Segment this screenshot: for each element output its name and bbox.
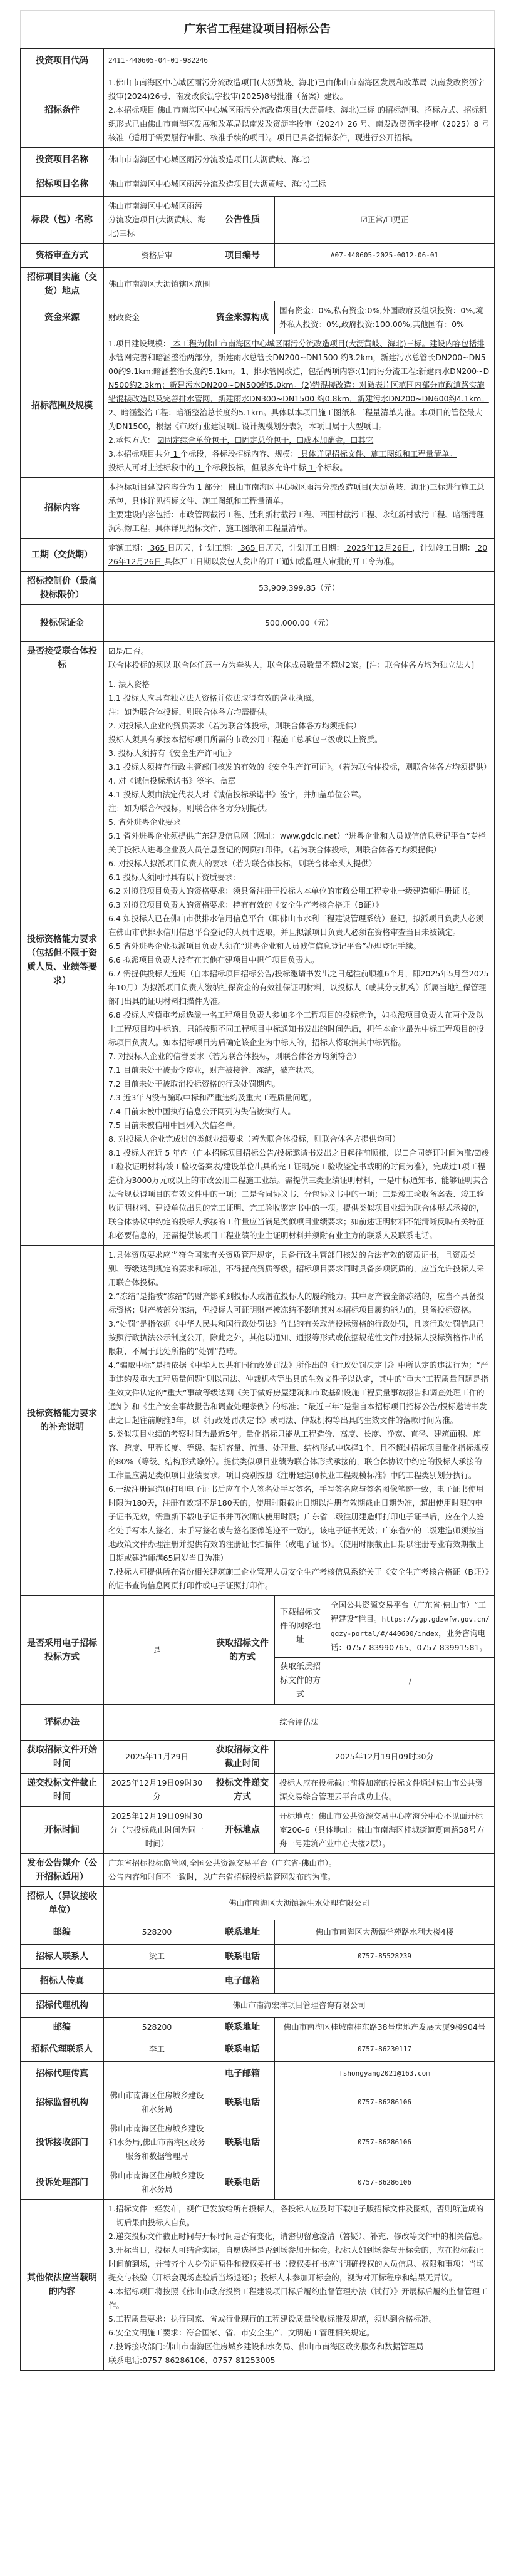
- qualification-item: 1. 法人资格: [108, 678, 490, 691]
- other-item: 5.工程质量要求：执行国家、省或行业现行的工程建设质量验收标准及规范，须达到合格…: [108, 2312, 490, 2326]
- start-date: 2025年12月26日: [344, 543, 412, 552]
- review-method-label: 资格审查方式: [21, 244, 104, 268]
- qualification-item: 注：如为联合体投标，则联合体各方均需提供。: [108, 705, 490, 719]
- period-d: ，计划竣工日期：: [412, 543, 475, 552]
- conditions-p2: 2.本招标项目 佛山市南海区中心城区雨污分流改造项目(大沥黄岐、海北)三标 的招…: [108, 103, 490, 145]
- scope-p4-b: 个标段投标，但最多允许中标: [204, 463, 306, 472]
- section-name-label: 标段（包）名称: [21, 197, 104, 244]
- electronic-value: 是: [104, 1596, 210, 1705]
- scope-p4-a: 投标人可对上述标段中的: [108, 463, 195, 472]
- max-price-value: 53,909,399.85（元）: [104, 572, 495, 605]
- invest-code-label: 投资项目代码: [21, 49, 104, 73]
- obtain-method-label: 获取招标文件的方式: [210, 1596, 275, 1705]
- qualification-note-item: 4.“骗取中标”是指依据《中华人民共和国行政处罚法》所作出的《行政处罚决定书》中…: [108, 1358, 490, 1427]
- qualification-item: 6.5 省外进粤企业拟派项目负责人须在“进粤企业和人员诚信信息登记平台”办理登记…: [108, 939, 490, 953]
- consortium-note: 联合体投标的须以 联合体任意一方为牵头人，联合体成员数量不超过2家。[注：联合体…: [108, 658, 490, 672]
- agency-fax-label: 招标代理传真: [21, 2062, 104, 2086]
- complaint-recv-label: 投诉接收部门: [21, 2119, 104, 2166]
- section-count: 1: [170, 449, 180, 458]
- complaint-recv-value: 佛山市南海区住房城乡建设和水务局,佛山市南海区政务服务和数据管理局: [104, 2119, 210, 2166]
- obtain-end-value: 2025年12月19日09时30分: [275, 1741, 495, 1774]
- other-item: 7.投诉接收部门:佛山市南海区住房城乡建设和水务局、佛山市南海区政务服务和数据管…: [108, 2340, 490, 2354]
- qualification-note-item: 1.具体资质要求应当符合国家有关资质管理规定，具备行政主管部门核发的合法有效的资…: [108, 1248, 490, 1290]
- bid-name-label: 招标项目名称: [21, 172, 104, 197]
- media-label: 发布公告媒介（公开招标适用）: [21, 1854, 104, 1887]
- period-e: 具体开工日期以发包人发出的开工通知或监理人审批的开工令为准。: [164, 557, 399, 566]
- tenderer-fax-value: [104, 1969, 210, 1994]
- supervisor-tel-label: 联系电话: [210, 2086, 275, 2119]
- qualification-notes-label: 投标资格能力要求的补充说明: [21, 1246, 104, 1596]
- tenderer-post-label: 邮编: [21, 1920, 104, 1945]
- deposit-label: 投标保证金: [21, 605, 104, 642]
- notice-nature-value: ☑正常/☐更正: [275, 197, 495, 244]
- section-name-value: 佛山市南海区中心城区雨污分流改造项目(大沥黄岐、海北)三标: [104, 197, 210, 244]
- other-item: 3.开标当日，投标人可结合实际，自愿选择是否到场参加开标会。投标人如到场参与开标…: [108, 2243, 490, 2285]
- bid-section-count: 1: [195, 463, 205, 472]
- funds-comp-value: 国有资金：0%,私有资金:0%,外国政府及组织投资：0%,境外私人投资：0%,政…: [275, 301, 495, 334]
- content-p1: 本招标项目建设内容分为 1 部分：佛山市南海区中心城区雨污分流改造项目(大沥黄岐…: [108, 480, 490, 508]
- qualification-note-item: 3.“处罚”是指依据《中华人民共和国行政处罚法》作出的有关取消投标资格的行政处罚…: [108, 1317, 490, 1358]
- project-code-value: A07-440605-2025-0012-06-01: [275, 244, 495, 268]
- qualification-item: 6. 对投标人拟派项目负责人的要求（若为联合体投标，则联合体牵头人提供）: [108, 857, 490, 871]
- scope-p3: 3.本招标项目共分 1 个标段，各标段招标内容、规模： 具体详见招标文件、施工图…: [108, 447, 490, 461]
- complaint-handle-tel-value: 0757-86286106: [275, 2166, 495, 2200]
- other-item: 1.招标文件一经发布，视作已发放给所有投标人，各投标人应及时下载电子版招标文件及…: [108, 2202, 490, 2230]
- page-title: 广东省工程建设项目招标公告: [21, 11, 495, 49]
- scope-p2-prefix: 2.承包方式：: [108, 435, 155, 445]
- period-value: 定额工期： 365 日历天，计划工期： 365 日历天，计划开工日期： 2025…: [104, 539, 495, 572]
- tenderer-contact-label: 招标人联系人: [21, 1945, 104, 1969]
- tenderer-tel-label: 联系电话: [210, 1945, 275, 1969]
- opening-time-value: 2025年12月19日09时30分（与投标截止时间为同一时间）: [104, 1807, 210, 1854]
- invest-code-value: 2411-440605-04-01-982246: [104, 49, 495, 73]
- opening-place-label: 开标地点: [210, 1807, 275, 1854]
- obtain-start-value: 2025年11月29日: [104, 1741, 210, 1774]
- agency-contact-label: 招标代理联系人: [21, 2037, 104, 2062]
- supervisor-label: 招标监督机构: [21, 2086, 104, 2119]
- other-item: 2.递交投标文件截止时间与开标时间是否有变化，请密切留意澄清（答疑）、补充、修改…: [108, 2230, 490, 2243]
- tenderer-addr-label: 联系地址: [210, 1920, 275, 1945]
- qualification-item: 3.1 投标人须持有行政主管部门核发的有效的《安全生产许可证》。（若为联合体投标…: [108, 760, 490, 774]
- scope-p4: 投标人可对上述标段中的 1 个标段投标，但最多允许中标 1 个标段。: [108, 461, 490, 475]
- agency-addr-value: 佛山市南海区桂城南桂东路38号房地产发展大厦9楼904号: [275, 2018, 495, 2037]
- other-item: 联系电话:0757-86286106、0757-81253005: [108, 2354, 490, 2367]
- qualification-item: 7.1 目前未处于被责令停业，财产被接管、冻结，破产状态。: [108, 1063, 490, 1077]
- bid-name-value: 佛山市南海区中心城区雨污分流改造项目(大沥黄岐、海北)三标: [104, 172, 495, 197]
- tenderer-mail-label: 电子邮箱: [210, 1969, 275, 1994]
- qualification-item: 7. 对投标人企业的信誉要求（若为联合体投标，则联合体各方均须符合）: [108, 1050, 490, 1063]
- period-a: 定额工期：: [108, 543, 148, 552]
- agency-mail-label: 电子邮箱: [210, 2062, 275, 2086]
- tenderer-mail-value: [275, 1969, 495, 1994]
- supervisor-value: 佛山市南海区住房城乡建设和水务局: [104, 2086, 210, 2119]
- location-value: 佛山市南海区大沥镇辖区范围: [104, 268, 495, 301]
- location-label: 招标项目实施（交货）地点: [21, 268, 104, 301]
- qualification-item: 6.3 对拟派项目负责人的资格要求：持有有效的《安全生产考核合格证（B证）》: [108, 898, 490, 912]
- download-url-label: 下载招标文件的网络地址: [275, 1596, 326, 1658]
- qualification-item: 6.7 需提供投标人近期（自本招标项目招标公告/投标邀请书发出之日起往前顺推6个…: [108, 967, 490, 1008]
- qualification-value: 1. 法人资格1.1 投标人应具有独立法人资格并依法取得有效的营业执照。注：如为…: [104, 675, 495, 1246]
- qualification-item: 3. 投标人须持有《安全生产许可证》: [108, 747, 490, 760]
- consortium-label: 是否接受联合体投标: [21, 642, 104, 675]
- tenderer-fax-label: 招标人传真: [21, 1969, 104, 1994]
- max-price-label: 招标控制价（最高投标限价）: [21, 572, 104, 605]
- qualification-item: 5. 省外进粤企业要求: [108, 815, 490, 829]
- funds-comp-label: 资金来源构成: [210, 301, 275, 334]
- other-value: 1.招标文件一经发布，视作已发放给所有投标人，各投标人应及时下载电子版招标文件及…: [104, 2200, 495, 2371]
- bid-notice-table: 广东省工程建设项目招标公告 投资项目代码 2411-440605-04-01-9…: [20, 10, 495, 2371]
- funds-value: 财政资金: [104, 301, 210, 334]
- tenderer-addr-value: 佛山市南海区大沥镇学苑路水利大楼4楼: [275, 1920, 495, 1945]
- notice-container: 广东省工程建设项目招标公告 投资项目代码 2411-440605-04-01-9…: [0, 0, 506, 2378]
- complaint-recv-tel-value: 0757-86286106: [275, 2119, 495, 2166]
- max-win-count: 1: [306, 463, 316, 472]
- agency-fax-value: [104, 2062, 210, 2086]
- agency-value: 佛山市南海宏洋项目管理咨询有限公司: [104, 1994, 495, 2018]
- submit-deadline-label: 递交投标文件截止时间: [21, 1774, 104, 1807]
- qualification-item: 7.4 目前未被中国执行信息公开网列为失信被执行人。: [108, 1105, 490, 1119]
- qualification-item: 投标人须具有承接本招标项目所需的市政公用工程施工总承包三级或以上资质。: [108, 733, 490, 747]
- content-value: 本招标项目建设内容分为 1 部分：佛山市南海区中心城区雨污分流改造项目(大沥黄岐…: [104, 478, 495, 539]
- scope-p3-b: 个标段，各标段招标内容、规模：: [180, 449, 298, 458]
- tenderer-value: 佛山市南海区大沥镇源生水处理有限公司: [104, 1887, 495, 1920]
- qualification-item: 6.2 对拟派项目负责人的资格要求：须具备注册于投标人本单位的市政公用工程专业一…: [108, 884, 490, 898]
- opening-place-value: 开标地点：佛山市公共资源交易中心南海分中心不见面开标室206-6（具体地址：佛山…: [275, 1807, 495, 1854]
- complaint-handle-label: 投诉处理部门: [21, 2166, 104, 2200]
- tenderer-contact-value: 梁工: [104, 1945, 210, 1969]
- consortium-choice: ☑是/☐否。: [108, 644, 490, 658]
- agency-addr-label: 联系地址: [210, 2018, 275, 2037]
- agency-post-value: 528200: [104, 2018, 210, 2037]
- paper-method-value: /: [326, 1658, 495, 1705]
- tenderer-label: 招标人（异议接收单位）: [21, 1887, 104, 1920]
- consortium-value: ☑是/☐否。 联合体投标的须以 联合体任意一方为牵头人，联合体成员数量不超过2家…: [104, 642, 495, 675]
- scope-p2: 2.承包方式： ☑固定综合单价包干，☐固定总价包干，☐成本加酬金，☐其它: [108, 433, 490, 447]
- supervisor-tel-value: 0757-86286106: [275, 2086, 495, 2119]
- qualification-item: 1.1 投标人应具有独立法人资格并依法取得有效的营业执照。: [108, 691, 490, 705]
- period-label: 工期（交货期）: [21, 539, 104, 572]
- scope-label: 招标范围及规模: [21, 334, 104, 478]
- qualification-item: 7.3 近3年内没有骗取中标和严重违约及重大工程质量问题。: [108, 1091, 490, 1105]
- download-url-value: 全国公共资源交易平台（广东省·佛山市）“工程建设”栏目。https://ygp.…: [326, 1596, 495, 1658]
- electronic-label: 是否采用电子招标投标方式: [21, 1596, 104, 1705]
- scope-value: 1.项目建设规模： 本工程为佛山市南海区中心城区雨污分流改造项目(大沥黄岐、海北…: [104, 334, 495, 478]
- funds-label: 资金来源: [21, 301, 104, 334]
- evaluation-value: 综合评估法: [104, 1705, 495, 1741]
- qualification-note-item: 7.投标人可提供所在省份相关建筑施工企业管理人员安全生产考核信息系统关于《安全生…: [108, 1565, 490, 1593]
- complaint-handle-value: 佛山市南海区住房城乡建设和水务局: [104, 2166, 210, 2200]
- content-label: 招标内容: [21, 478, 104, 539]
- quota-days: 365: [148, 543, 168, 552]
- conditions-label: 招标条件: [21, 73, 104, 148]
- qualification-item: 8. 对投标人企业完成过的类似业绩要求（若为联合体投标，则联合体各方提供均可）: [108, 1132, 490, 1146]
- obtain-end-label: 获取招标文件截止时间: [210, 1741, 275, 1774]
- deposit-value: 500,000.00（元）: [104, 605, 495, 642]
- scope-p1-text: 本工程为佛山市南海区中心城区雨污分流改造项目(大沥黄岐、海北)三标。建设内容包括…: [108, 339, 489, 431]
- qualification-item: 6.1 投标人须同时具有以下资质要求：: [108, 871, 490, 884]
- qualification-item: 6.4 如投标人已在佛山市供排水信用信息平台（即佛山市水利工程建设管理系统）登记…: [108, 912, 490, 939]
- qualification-item: 5.1 省外进粤企业须提供广东建设信息网（网址：www.gdcic.net）“进…: [108, 829, 490, 857]
- agency-label: 招标代理机构: [21, 1994, 104, 2018]
- tenderer-post-value: 528200: [104, 1920, 210, 1945]
- period-b: 日历天，计划工期：: [167, 543, 238, 552]
- agency-post-label: 邮编: [21, 2018, 104, 2037]
- project-code-label: 项目编号: [210, 244, 275, 268]
- other-label: 其他依法应当载明的内容: [21, 2200, 104, 2371]
- other-item: 4.本招标项目将按照《佛山市政府投资工程建设项目标后履约监督管理办法（试行）》开…: [108, 2285, 490, 2312]
- invest-name-value: 佛山市南海区中心城区雨污分流改造项目(大沥黄岐、海北): [104, 148, 495, 172]
- qualification-note-item: 2.“冻结”是指被“冻结”的财产影响到投标人或潜在投标人的履约能力。其中财产被全…: [108, 1290, 490, 1317]
- media-p2: 公告内容和时间不一致时，以广东省招标投标监管网发布的为准。: [108, 1870, 490, 1884]
- paper-method-label: 获取纸质招标文件的方式: [275, 1658, 326, 1705]
- qualification-item: 8.1 投标人在近 5 年内（自本招标项目招标公告/投标邀请书发出之日起往前顺推…: [108, 1146, 490, 1243]
- opening-time-label: 开标时间: [21, 1807, 104, 1854]
- qualification-item: 7.5 目前未被信用中国列入失信名单。: [108, 1119, 490, 1132]
- scope-p1-prefix: 1.项目建设规模：: [108, 339, 170, 348]
- agency-contact-value: 李工: [104, 2037, 210, 2062]
- submit-way-value: 投标人应在投标截止前将加密的投标文件通过佛山市公共资源交易综合管理云平台成功上传…: [275, 1774, 495, 1807]
- agency-tel-label: 联系电话: [210, 2037, 275, 2062]
- scope-p1: 1.项目建设规模： 本工程为佛山市南海区中心城区雨污分流改造项目(大沥黄岐、海北…: [108, 337, 490, 433]
- evaluation-label: 评标办法: [21, 1705, 104, 1741]
- agency-tel-value: 0757-86230117: [275, 2037, 495, 2062]
- media-p1: 广东省招标投标监管网,全国公共资源交易平台（广东省·佛山市）。: [108, 1856, 490, 1870]
- qualification-item: 6.8 投标人应慎重考虑选派一名工程项目负责人参加多个工程项目的投标竞争，如拟派…: [108, 1008, 490, 1050]
- conditions-p1: 1.佛山市南海区中心城区雨污分流改造项目(大沥黄岐、海北)已由佛山市南海区发展和…: [108, 76, 490, 103]
- qualification-note-item: 6.一级注册建造师打印电子证书后应在个人签名处手写签名，手写签名应与签名图像笔迹…: [108, 1482, 490, 1565]
- other-item: 6.安全文明施工要求：符合国家、省、市安全生产、文明施工管理相关规定。: [108, 2326, 490, 2340]
- scope-p4-c: 个标段。: [316, 463, 348, 472]
- content-p2: 主要建设内容包括：市政管网截污工程、胜利新村截污工程、西围村截污工程、永红新村截…: [108, 508, 490, 535]
- media-value: 广东省招标投标监管网,全国公共资源交易平台（广东省·佛山市）。 公告内容和时间不…: [104, 1854, 495, 1887]
- conditions-value: 1.佛山市南海区中心城区雨污分流改造项目(大沥黄岐、海北)已由佛山市南海区发展和…: [104, 73, 495, 148]
- agency-mail-value[interactable]: fshongyang2021@163.com: [275, 2062, 495, 2086]
- notice-nature-label: 公告性质: [210, 197, 275, 244]
- qualification-item: 注：如为联合体投标，则联合体各方分别提供。: [108, 802, 490, 815]
- submit-deadline-value: 2025年12月19日09时30分: [104, 1774, 210, 1807]
- period-c: 日历天，计划开工日期：: [258, 543, 344, 552]
- plan-days: 365: [238, 543, 258, 552]
- review-method-value: 资格后审: [104, 244, 210, 268]
- qualification-item: 7.2 目前未处于被取消投标资格的行政处罚期内。: [108, 1077, 490, 1091]
- qualification-item: 4. 对《诚信投标承诺书》签字、盖章: [108, 774, 490, 788]
- tenderer-tel-value: 0757-85528239: [275, 1945, 495, 1969]
- scope-p3-a: 3.本招标项目共分: [108, 449, 170, 458]
- complaint-handle-tel-label: 联系电话: [210, 2166, 275, 2200]
- qualification-note-item: 5.类似项目业绩的考察时间为最近5年。量化指标只能从工程造价、高度、长度、净宽、…: [108, 1427, 490, 1482]
- qualification-item: 4.1 投标人须由法定代表人对《诚信投标承诺书》签字，并加盖单位公章。: [108, 788, 490, 802]
- qualification-notes-value: 1.具体资质要求应当符合国家有关资质管理规定，具备行政主管部门核发的合法有效的资…: [104, 1246, 495, 1596]
- complaint-recv-tel-label: 联系电话: [210, 2119, 275, 2166]
- obtain-start-label: 获取招标文件开始时间: [21, 1741, 104, 1774]
- qualification-item: 2. 对投标人企业的资质要求（若为联合体投标，则联合体各方均须提供）: [108, 719, 490, 733]
- contract-mode-options: ☑固定综合单价包干，☐固定总价包干，☐成本加酬金，☐其它: [157, 435, 373, 445]
- qualification-item: 6.6 拟派项目负责人没有在其他在建项目中担任项目负责人。: [108, 953, 490, 967]
- qualification-label: 投标资格能力要求（包括但不限于资质人员、业绩等要求）: [21, 675, 104, 1246]
- submit-way-label: 投标文件递交方式: [210, 1774, 275, 1807]
- scope-p3-c: 具体详见招标文件、施工图纸和工程量清单。: [298, 449, 457, 458]
- invest-name-label: 投资项目名称: [21, 148, 104, 172]
